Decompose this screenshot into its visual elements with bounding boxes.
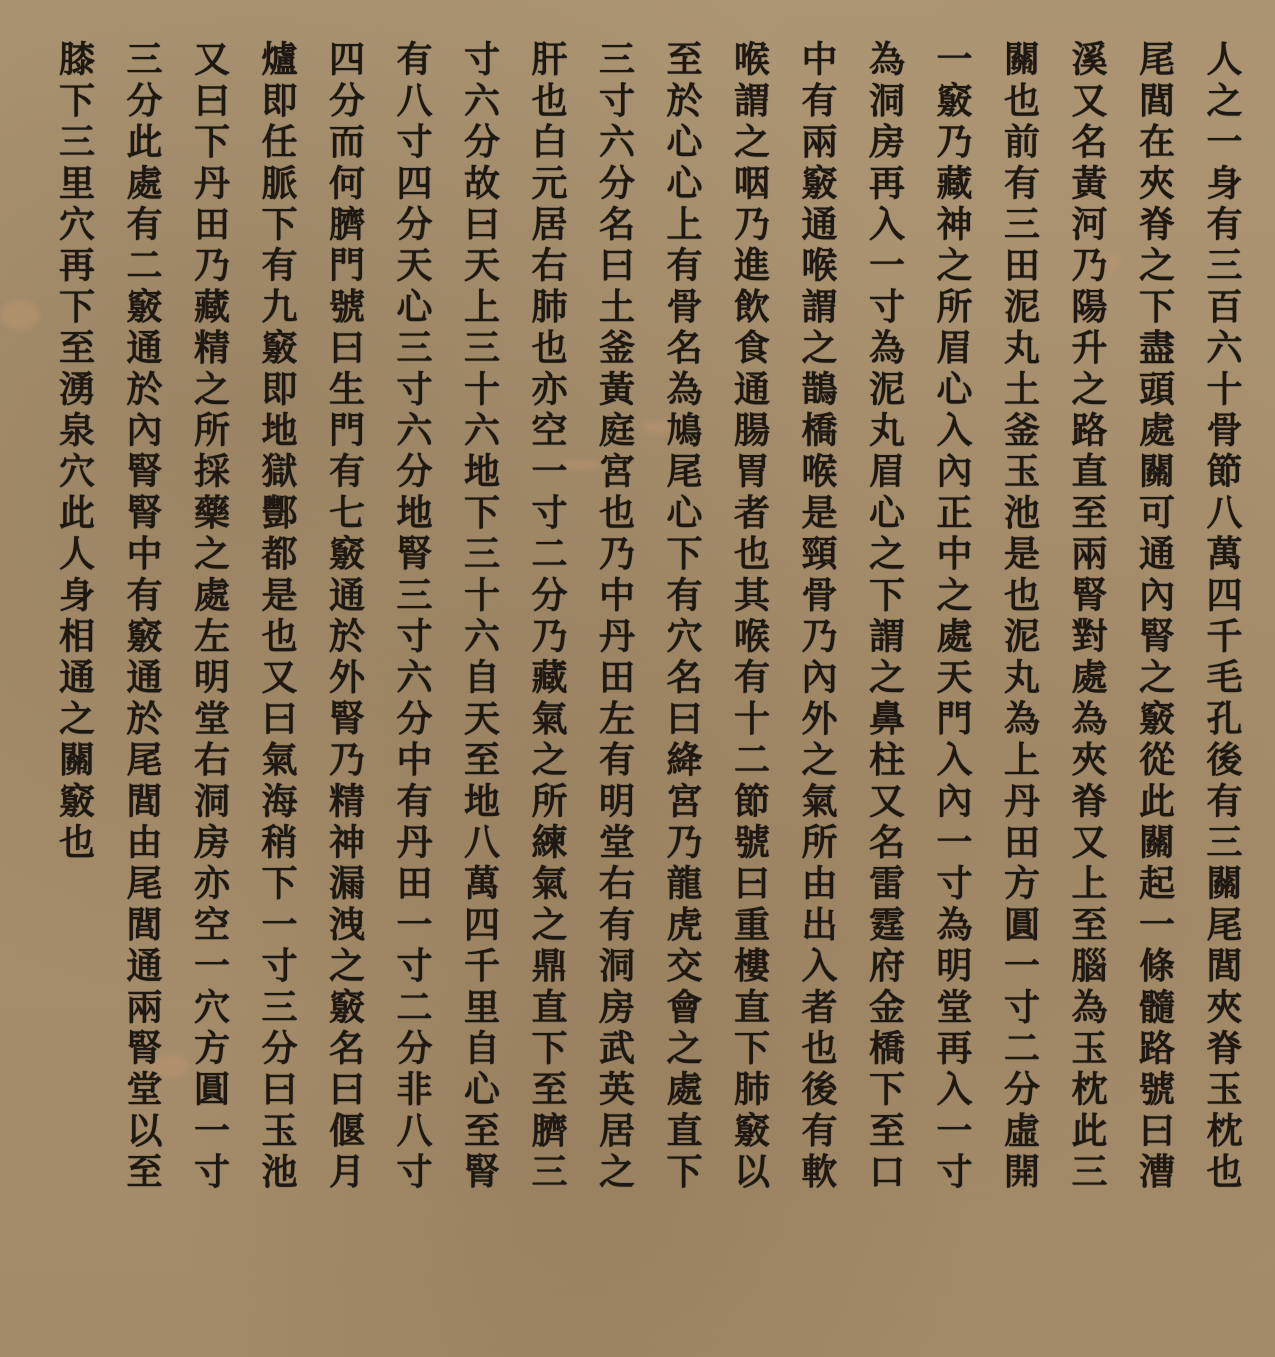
text-column-13: 有八寸四分天心三寸六分地腎三寸六分中有丹田一寸二分非八寸 (378, 40, 446, 1340)
text-column-6: 為洞房再入一寸為泥丸眉心之下謂之鼻柱又名雷霆府金橋下至口 (850, 40, 918, 1340)
paper-stain (0, 300, 40, 330)
text-column-11: 肝也白元居右肺也亦空一寸二分乃藏氣之所練氣之鼎直下至臍三 (513, 40, 581, 1340)
text-column-10: 三寸六分名曰土釜黃庭宮也乃中丹田左有明堂右有洞房武英居之 (580, 40, 648, 1340)
text-column-12: 寸六分故曰天上三十六地下三十六自天至地八萬四千里自心至腎 (445, 40, 513, 1340)
text-column-18: 膝下三里穴再下至湧泉穴此人身相通之關竅也 (40, 40, 108, 1340)
text-column-16: 又曰下丹田乃藏精之所採藥之處左明堂右洞房亦空一穴方圓一寸 (175, 40, 243, 1340)
manuscript-page: 人之一身有三百六十骨節八萬四千毛孔後有三關尾閭夾脊玉枕也 尾閭在夾脊之下盡頭處關… (0, 0, 1275, 1357)
text-column-8: 喉謂之咽乃進飲食通腸胃者也其喉有十二節號曰重樓直下肺竅以 (715, 40, 783, 1340)
text-column-5: 一竅乃藏神之所眉心入內正中之處天門入內一寸為明堂再入一寸 (918, 40, 986, 1340)
text-column-3: 溪又名黃河乃陽升之路直至兩腎對處為夾脊又上至腦為玉枕此三 (1053, 40, 1121, 1340)
text-column-4: 關也前有三田泥丸土釜玉池是也泥丸為上丹田方圓一寸二分虛開 (985, 40, 1053, 1340)
text-column-9: 至於心心上有骨名為鳩尾心下有穴名曰絳宮乃龍虎交會之處直下 (648, 40, 716, 1340)
text-column-15: 爐即任脈下有九竅即地獄酆都是也又曰氣海稍下一寸三分曰玉池 (243, 40, 311, 1340)
text-column-17: 三分此處有二竅通於內腎腎中有竅通於尾閭由尾閭通兩腎堂以至 (108, 40, 176, 1340)
text-column-2: 尾閭在夾脊之下盡頭處關可通內腎之竅從此關起一條髓路號曰漕 (1120, 40, 1188, 1340)
text-columns: 人之一身有三百六十骨節八萬四千毛孔後有三關尾閭夾脊玉枕也 尾閭在夾脊之下盡頭處關… (40, 40, 1255, 1340)
text-column-14: 四分而何臍門號曰生門有七竅通於外腎乃精神漏洩之竅名曰偃月 (310, 40, 378, 1340)
text-column-1: 人之一身有三百六十骨節八萬四千毛孔後有三關尾閭夾脊玉枕也 (1188, 40, 1256, 1340)
text-column-7: 中有兩竅通喉謂之鵲橋喉是頸骨乃內外之氣所由出入者也後有軟 (783, 40, 851, 1340)
